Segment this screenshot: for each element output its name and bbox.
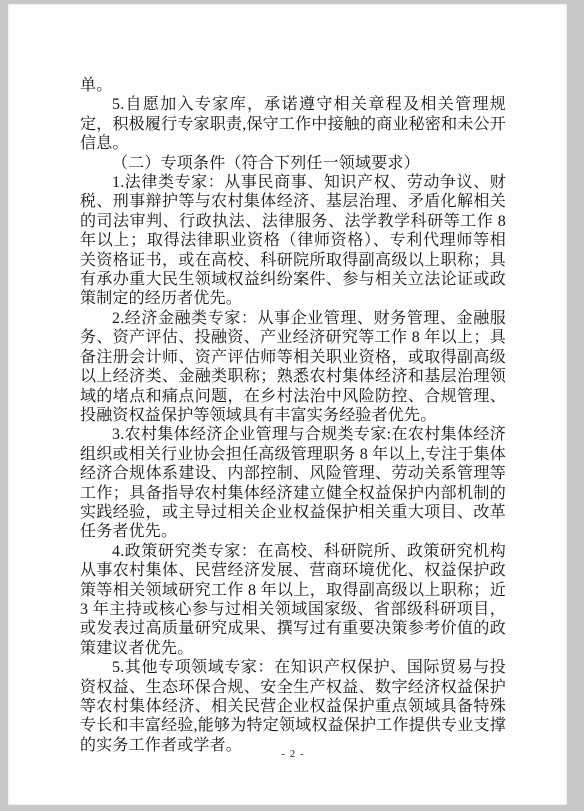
paragraph-management-compliance-experts: 3.农村集体经济企业管理与合规类专家:在农村集体经济组织或相关行业协会担任高级管… bbox=[80, 425, 506, 541]
paragraph-general-condition-5: 5.自愿加入专家库，承诺遵守相关章程及相关管理规定，积极履行专家职责,保守工作中… bbox=[80, 95, 506, 153]
document-body-text: 单。 5.自愿加入专家库，承诺遵守相关章程及相关管理规定，积极履行专家职责,保守… bbox=[80, 76, 506, 755]
heading-special-conditions: （二）专项条件（符合下列任一领域要求） bbox=[80, 154, 506, 173]
paragraph-continuation: 单。 bbox=[80, 76, 506, 95]
paragraph-legal-experts: 1.法律类专家：从事民商事、知识产权、劳动争议、财税、刑事辩护等与农村集体经济、… bbox=[80, 173, 506, 309]
paragraph-policy-research-experts: 4.政策研究类专家：在高校、科研院所、政策研究机构从事农村集体、民营经济发展、营… bbox=[80, 542, 506, 658]
page-number: - 2 - bbox=[80, 748, 506, 760]
document-page: 单。 5.自愿加入专家库，承诺遵守相关章程及相关管理规定，积极履行专家职责,保守… bbox=[8, 4, 567, 805]
paragraph-finance-experts: 2.经济金融类专家：从事企业管理、财务管理、金融服务、资产评估、投融资、产业经济… bbox=[80, 309, 506, 425]
paragraph-other-field-experts: 5.其他专项领域专家：在知识产权保护、国际贸易与投资权益、生态环保合规、安全生产… bbox=[80, 658, 506, 755]
app-background: { "page": { "background_color": "#c8c8c8… bbox=[0, 0, 584, 811]
